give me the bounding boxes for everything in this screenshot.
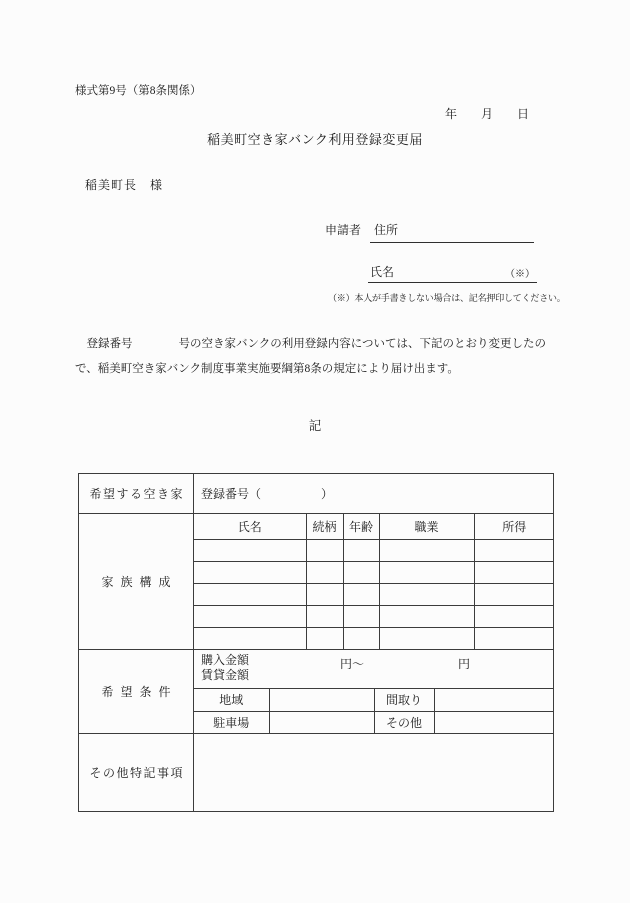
applicant-label: 申請者 xyxy=(325,223,361,237)
other-label: その他 xyxy=(374,711,434,733)
name-note-mark: （※） xyxy=(505,265,537,280)
family-cell xyxy=(343,605,379,627)
conditions-row: 駐車場 その他 xyxy=(194,711,554,733)
document-page: 様式第9号（第8条関係） 年 月 日 稲美町空き家バンク利用登録変更届 稲美町長… xyxy=(0,0,630,903)
yen-from-label: 円～ xyxy=(340,655,364,672)
family-cell xyxy=(379,627,474,649)
family-cell xyxy=(194,583,306,605)
family-cell xyxy=(343,539,379,561)
purchase-amount-label: 購入金額 xyxy=(201,653,249,668)
special-notes-cell xyxy=(194,734,554,812)
desired-house-label: 希望する空き家 xyxy=(79,474,194,514)
family-cell xyxy=(379,605,474,627)
family-cell xyxy=(306,561,343,583)
family-cell xyxy=(343,627,379,649)
family-cell xyxy=(474,583,554,605)
floor-plan-label: 間取り xyxy=(374,689,434,711)
price-range-cell: 購入金額 賃貸金額 円～ 円 xyxy=(194,650,553,689)
applicant-address-row: 申請者住所 xyxy=(325,221,534,243)
family-cell xyxy=(306,539,343,561)
address-input-line: 住所 xyxy=(370,221,534,243)
family-header-occupation: 職業 xyxy=(379,514,474,539)
family-header-age: 年齢 xyxy=(343,514,379,539)
family-cell xyxy=(306,605,343,627)
family-cell xyxy=(343,561,379,583)
family-cell xyxy=(379,539,474,561)
table-row: その他特記事項 xyxy=(79,734,554,812)
conditions-table: 地域 間取り 駐車場 その他 xyxy=(194,689,554,733)
parking-label: 駐車場 xyxy=(194,711,269,733)
family-cell xyxy=(379,583,474,605)
family-header-income: 所得 xyxy=(474,514,554,539)
special-notes-label: その他特記事項 xyxy=(79,734,194,812)
form-number: 様式第9号（第8条関係） xyxy=(75,82,202,98)
family-empty-row xyxy=(194,539,554,561)
family-label: 家族構成 xyxy=(79,514,194,650)
table-row: 希望する空き家 登録番号（ ） xyxy=(79,474,554,514)
other-value-cell xyxy=(434,711,554,733)
page-title: 稲美町空き家バンク利用登録変更届 xyxy=(0,129,630,148)
family-empty-row xyxy=(194,583,554,605)
family-cell xyxy=(474,539,554,561)
conditions-label: 希望条件 xyxy=(79,650,194,734)
registration-table: 希望する空き家 登録番号（ ） 家族構成 氏名 続柄 年齢 職業 所得 xyxy=(78,473,554,812)
family-cell xyxy=(379,561,474,583)
family-cell xyxy=(306,583,343,605)
date-line: 年 月 日 xyxy=(445,105,529,122)
family-header-relationship: 続柄 xyxy=(306,514,343,539)
family-empty-row xyxy=(194,561,554,583)
family-cell xyxy=(194,627,306,649)
family-cell xyxy=(194,605,306,627)
table-row: 家族構成 氏名 続柄 年齢 職業 所得 xyxy=(79,514,554,650)
family-table: 氏名 続柄 年齢 職業 所得 xyxy=(194,514,554,649)
registration-number-cell: 登録番号（ ） xyxy=(194,474,554,514)
price-labels: 購入金額 賃貸金額 xyxy=(201,653,249,683)
conditions-row: 地域 間取り xyxy=(194,689,554,711)
family-cell xyxy=(474,627,554,649)
body-paragraph: 登録番号 号の空き家バンクの利用登録内容については、下記のとおり変更したの で、… xyxy=(75,332,559,382)
family-cell xyxy=(474,605,554,627)
handwriting-note: （※）本人が手書きしない場合は、記名押印してください。 xyxy=(328,291,566,304)
region-value-cell xyxy=(269,689,374,711)
family-cell xyxy=(343,583,379,605)
family-header-name: 氏名 xyxy=(194,514,306,539)
name-label: 氏名 xyxy=(368,263,394,280)
parking-value-cell xyxy=(269,711,374,733)
family-cell xyxy=(474,561,554,583)
table-row: 希望条件 購入金額 賃貸金額 円～ 円 地域 間取り xyxy=(79,650,554,734)
list-heading: 記 xyxy=(0,416,630,434)
addressee: 稲美町長 様 xyxy=(85,176,163,193)
floor-plan-value-cell xyxy=(434,689,554,711)
family-cell xyxy=(306,627,343,649)
family-header-row: 氏名 続柄 年齢 職業 所得 xyxy=(194,514,554,539)
rent-amount-label: 賃貸金額 xyxy=(201,668,249,683)
family-empty-row xyxy=(194,605,554,627)
name-input-line: 氏名 （※） xyxy=(368,263,537,283)
family-cell xyxy=(194,561,306,583)
region-label: 地域 xyxy=(194,689,269,711)
address-label: 住所 xyxy=(374,223,398,237)
family-cell xyxy=(194,539,306,561)
yen-to-label: 円 xyxy=(458,655,470,672)
family-empty-row xyxy=(194,627,554,649)
